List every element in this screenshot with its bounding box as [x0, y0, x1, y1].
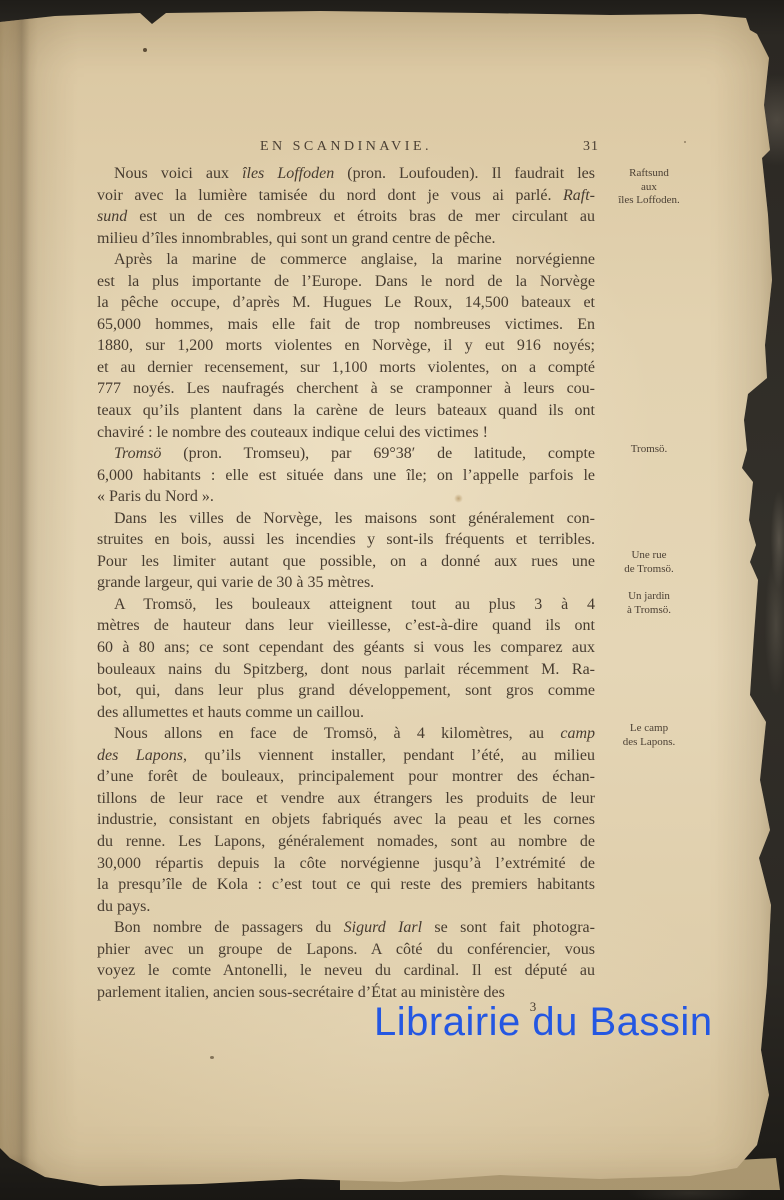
text-line: teaux qu’ils plantent dans la carène de … — [97, 400, 595, 422]
text-segment: sund — [97, 208, 127, 225]
text-line: et au dernier recensement, sur 1,100 mor… — [97, 357, 595, 379]
text-line: du renne. Les Lapons, généralement nomad… — [97, 831, 595, 853]
text-line: chaviré : le nombre des couteaux indique… — [97, 422, 595, 444]
margin-note: Raftsund aux îles Loffoden. — [598, 167, 700, 208]
text-segment: milieu d’îles innombrables, qui sont un … — [97, 230, 496, 247]
text-line: des Lapons, qu’ils viennent installer, p… — [97, 745, 595, 767]
text-segment: bouleaux nains du Spitzberg, dont nous p… — [97, 661, 595, 678]
text-line: Tromsö (pron. Tromseu), par 69°38′ de la… — [97, 443, 595, 465]
watermark: Librairie du Bassin — [374, 1000, 713, 1045]
text-line: bot, qui, dans leur plus grand développe… — [97, 680, 595, 702]
text-line: voyez le comte Antonelli, le neveu du ca… — [97, 960, 595, 982]
text-block: Nous voici aux îles Loffoden (pron. Louf… — [97, 163, 595, 1003]
text-segment: (pron. Loufouden). Il faudrait les — [334, 165, 595, 182]
text-segment: et au dernier recensement, sur 1,100 mor… — [97, 359, 595, 376]
text-line: bouleaux nains du Spitzberg, dont nous p… — [97, 659, 595, 681]
text-segment: industrie, consistant en objets fabriqué… — [97, 811, 595, 828]
text-segment: des Lapons — [97, 747, 183, 764]
text-line: est la plus importante de l’Europe. Dans… — [97, 271, 595, 293]
text-line: struites en bois, aussi les incendies y … — [97, 529, 595, 551]
page-title: EN SCANDINAVIE. — [260, 139, 432, 154]
text-line: Pour les limiter autant que possible, on… — [97, 551, 595, 573]
text-segment: chaviré : le nombre des couteaux indique… — [97, 424, 488, 441]
text-segment: 777 noyés. Les naufragés cherchent à se … — [97, 380, 595, 397]
text-line: Nous allons en face de Tromsö, à 4 kilom… — [97, 723, 595, 745]
text-segment: , qu’ils viennent installer, pendant l’é… — [183, 747, 595, 764]
text-line: industrie, consistant en objets fabriqué… — [97, 809, 595, 831]
text-line: du pays. — [97, 896, 595, 918]
text-segment: des allumettes et hauts comme un caillou… — [97, 704, 364, 721]
text-line: phier avec un groupe de Lapons. A côté d… — [97, 939, 595, 961]
text-segment: d’une forêt de bouleaux, principalement … — [97, 768, 595, 785]
text-line: 60 à 80 ans; ce sont cependant des géant… — [97, 637, 595, 659]
margin-note: Le camp des Lapons. — [598, 722, 700, 749]
text-line: 1880, sur 1,200 morts violentes en Norvè… — [97, 335, 595, 357]
text-segment: tillons de leur race et vendre aux étran… — [97, 790, 595, 807]
page-number: 31 — [583, 139, 599, 155]
text-line: A Tromsö, les bouleaux atteignent tout a… — [97, 594, 595, 616]
text-segment: Raft- — [563, 187, 595, 204]
text-segment: Sigurd Iarl — [344, 919, 422, 936]
text-line: des allumettes et hauts comme un caillou… — [97, 702, 595, 724]
text-segment: Après la marine de commerce anglaise, la… — [114, 251, 595, 268]
text-segment: îles Loffoden — [242, 165, 334, 182]
text-segment: phier avec un groupe de Lapons. A côté d… — [97, 941, 595, 958]
text-segment: teaux qu’ils plantent dans la carène de … — [97, 402, 595, 419]
text-segment: Nous allons en face de Tromsö, à 4 kilom… — [114, 725, 560, 742]
text-line: 65,000 hommes, mais elle fait de trop no… — [97, 314, 595, 336]
text-segment: Pour les limiter autant que possible, on… — [97, 553, 595, 570]
text-line: milieu d’îles innombrables, qui sont un … — [97, 228, 595, 250]
text-segment: 65,000 hommes, mais elle fait de trop no… — [97, 316, 595, 333]
text-line: la pêche occupe, d’après M. Hugues Le Ro… — [97, 292, 595, 314]
text-segment: la pêche occupe, d’après M. Hugues Le Ro… — [97, 294, 595, 311]
text-segment: 60 à 80 ans; ce sont cependant des géant… — [97, 639, 595, 656]
text-segment: Dans les villes de Norvège, les maisons … — [114, 510, 595, 527]
margin-note: Tromsö. — [598, 443, 700, 457]
text-segment: « Paris du Nord ». — [97, 488, 214, 505]
text-line: voir avec la lumière tamisée du nord don… — [97, 185, 595, 207]
text-line: sund est un de ces nombreux et étroits b… — [97, 206, 595, 228]
text-segment: mètres de hauteur dans leur vieillesse, … — [97, 617, 595, 634]
text-line: tillons de leur race et vendre aux étran… — [97, 788, 595, 810]
text-line: Nous voici aux îles Loffoden (pron. Louf… — [97, 163, 595, 185]
text-line: grande largeur, qui varie de 30 à 35 mèt… — [97, 572, 595, 594]
text-line: la presqu’île de Kola : c’est tout ce qu… — [97, 874, 595, 896]
text-segment: bot, qui, dans leur plus grand développe… — [97, 682, 595, 699]
corner-fold-shadow — [0, 1100, 90, 1200]
text-segment: est la plus importante de l’Europe. Dans… — [97, 273, 595, 290]
text-segment: Tromsö — [114, 445, 161, 462]
text-line: Bon nombre de passagers du Sigurd Iarl s… — [97, 917, 595, 939]
text-line: mètres de hauteur dans leur vieillesse, … — [97, 615, 595, 637]
text-segment: la presqu’île de Kola : c’est tout ce qu… — [97, 876, 595, 893]
text-segment: camp — [560, 725, 595, 742]
text-segment: 30,000 répartis depuis la côte norvégien… — [97, 855, 595, 872]
text-segment: Nous voici aux — [114, 165, 242, 182]
text-line: d’une forêt de bouleaux, principalement … — [97, 766, 595, 788]
text-segment: (pron. Tromseu), par 69°38′ de latitude,… — [161, 445, 595, 462]
text-segment: du renne. Les Lapons, généralement nomad… — [97, 833, 595, 850]
text-line: Après la marine de commerce anglaise, la… — [97, 249, 595, 271]
margin-note: Un jardin à Tromsö. — [598, 590, 700, 617]
text-line: Dans les villes de Norvège, les maisons … — [97, 508, 595, 530]
text-line: 6,000 habitants : elle est située dans u… — [97, 465, 595, 487]
text-segment: voir avec la lumière tamisée du nord don… — [97, 187, 563, 204]
text-segment: parlement italien, ancien sous-secrétair… — [97, 984, 505, 1001]
text-segment: voyez le comte Antonelli, le neveu du ca… — [97, 962, 595, 979]
paper-speck — [210, 1056, 214, 1059]
text-line: 30,000 répartis depuis la côte norvégien… — [97, 853, 595, 875]
text-segment: A Tromsö, les bouleaux atteignent tout a… — [114, 596, 595, 613]
paper-speck — [684, 141, 686, 143]
text-segment: du pays. — [97, 898, 150, 915]
margin-note: Une rue de Tromsö. — [598, 549, 700, 576]
gutter-crease — [4, 0, 38, 1200]
text-segment: 6,000 habitants : elle est située dans u… — [97, 467, 595, 484]
paper-speck — [143, 48, 147, 52]
text-segment: struites en bois, aussi les incendies y … — [97, 531, 595, 548]
text-segment: 1880, sur 1,200 morts violentes en Norvè… — [97, 337, 595, 354]
text-segment: grande largeur, qui varie de 30 à 35 mèt… — [97, 574, 374, 591]
text-segment: se sont fait photogra- — [422, 919, 595, 936]
photo-background: EN SCANDINAVIE. 31 Nous voici aux îles L… — [0, 0, 784, 1200]
text-segment: Bon nombre de passagers du — [114, 919, 344, 936]
text-segment: est un de ces nombreux et étroits bras d… — [127, 208, 595, 225]
running-head: EN SCANDINAVIE. 31 — [97, 139, 595, 155]
text-line: « Paris du Nord ». — [97, 486, 595, 508]
text-line: 777 noyés. Les naufragés cherchent à se … — [97, 378, 595, 400]
